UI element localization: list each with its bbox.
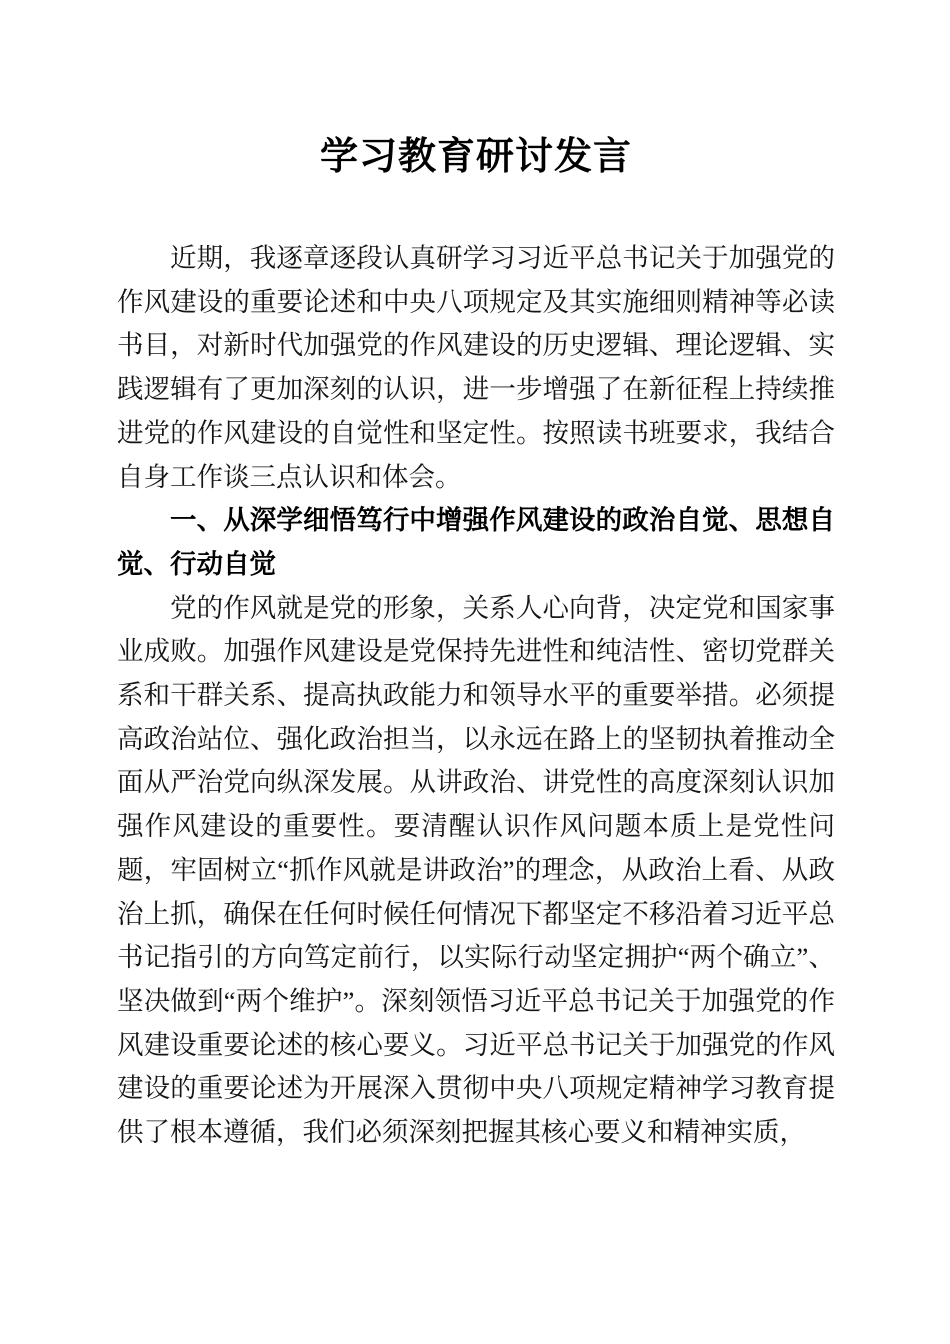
section-heading-1: 一、从深学细悟笃行中增强作风建设的政治自觉、思想自觉、行动自觉 (117, 499, 835, 586)
intro-paragraph: 近期，我逐章逐段认真研学习习近平总书记关于加强党的作风建设的重要论述和中央八项规… (117, 237, 835, 499)
section-1-paragraph: 党的作风就是党的形象，关系人心向背，决定党和国家事业成败。加强作风建设是党保持先… (117, 587, 835, 1155)
document-title: 学习教育研讨发言 (117, 136, 835, 178)
document-page: 学习教育研讨发言 近期，我逐章逐段认真研学习习近平总书记关于加强党的作风建设的重… (0, 0, 950, 1344)
